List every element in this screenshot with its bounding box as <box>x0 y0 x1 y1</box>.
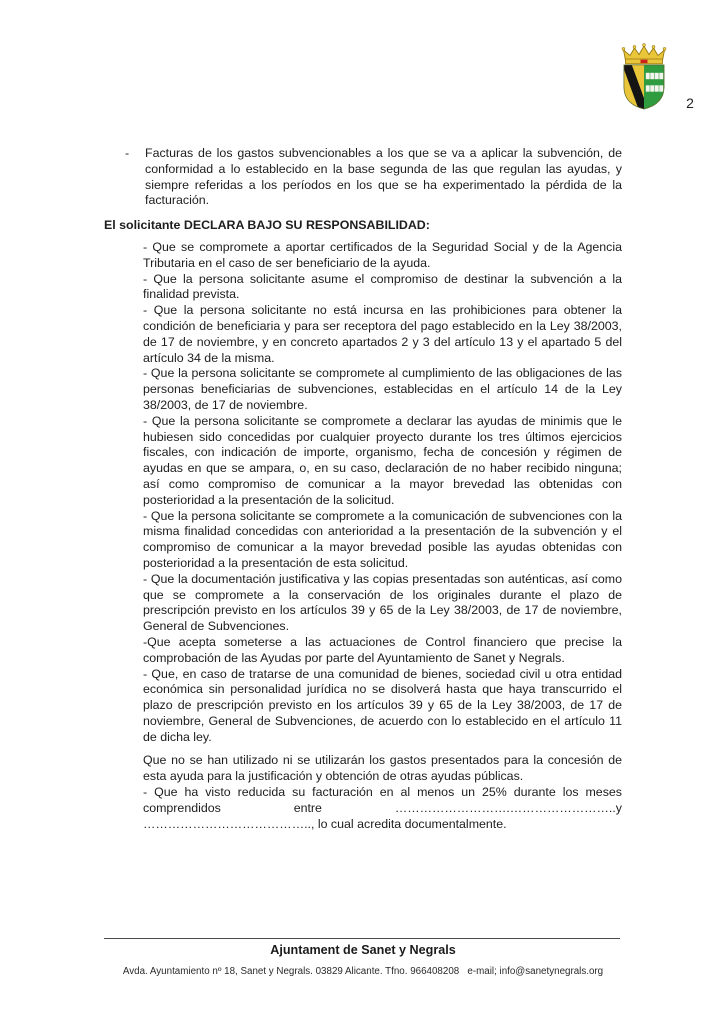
declaration-item: - Que la persona solicitante asume el co… <box>143 272 622 304</box>
page-number: 2 <box>680 95 700 111</box>
declaration-item: -Que acepta someterse a las actuaciones … <box>143 635 622 667</box>
declaration-item: - Que se compromete a aportar certificad… <box>143 240 622 272</box>
crown-icon <box>622 44 666 64</box>
declaration-item: - Que la persona solicitante se comprome… <box>143 509 622 572</box>
intro-bullet: - Facturas de los gastos subvencionables… <box>104 146 622 209</box>
footer-title: Ajuntament de Sanet y Negrals <box>104 943 622 957</box>
closing-paragraph: - Que ha visto reducida su facturación e… <box>143 785 622 832</box>
sanet-negrals-crest-icon <box>619 43 669 111</box>
document-page: 2 - Facturas de los gastos subvencionabl… <box>0 0 724 1024</box>
bullet-dash: - <box>125 146 129 162</box>
declaration-item: - Que la persona solicitante se comprome… <box>143 414 622 509</box>
closing-paragraph: Que no se han utilizado ni se utilizarán… <box>143 753 622 785</box>
declaration-item: - Que la persona solicitante no está inc… <box>143 303 622 366</box>
document-body: - Facturas de los gastos subvencionables… <box>104 146 622 832</box>
closing-paragraphs: Que no se han utilizado ni se utilizarán… <box>143 753 622 832</box>
footer-divider <box>104 938 620 939</box>
declaration-item: - Que la documentación justificativa y l… <box>143 572 622 635</box>
declarations-list: - Que se compromete a aportar certificad… <box>143 240 622 746</box>
declarations-heading: El solicitante DECLARA BAJO SU RESPONSAB… <box>104 218 622 234</box>
shield-icon <box>622 64 664 109</box>
declaration-item: - Que, en caso de tratarse de una comuni… <box>143 667 622 746</box>
declaration-item: - Que la persona solicitante se comprome… <box>143 366 622 413</box>
footer-address: Avda. Ayuntamiento nº 18, Sanet y Negral… <box>54 966 672 977</box>
intro-bullet-paragraph: Facturas de los gastos subvencionables a… <box>145 146 622 209</box>
